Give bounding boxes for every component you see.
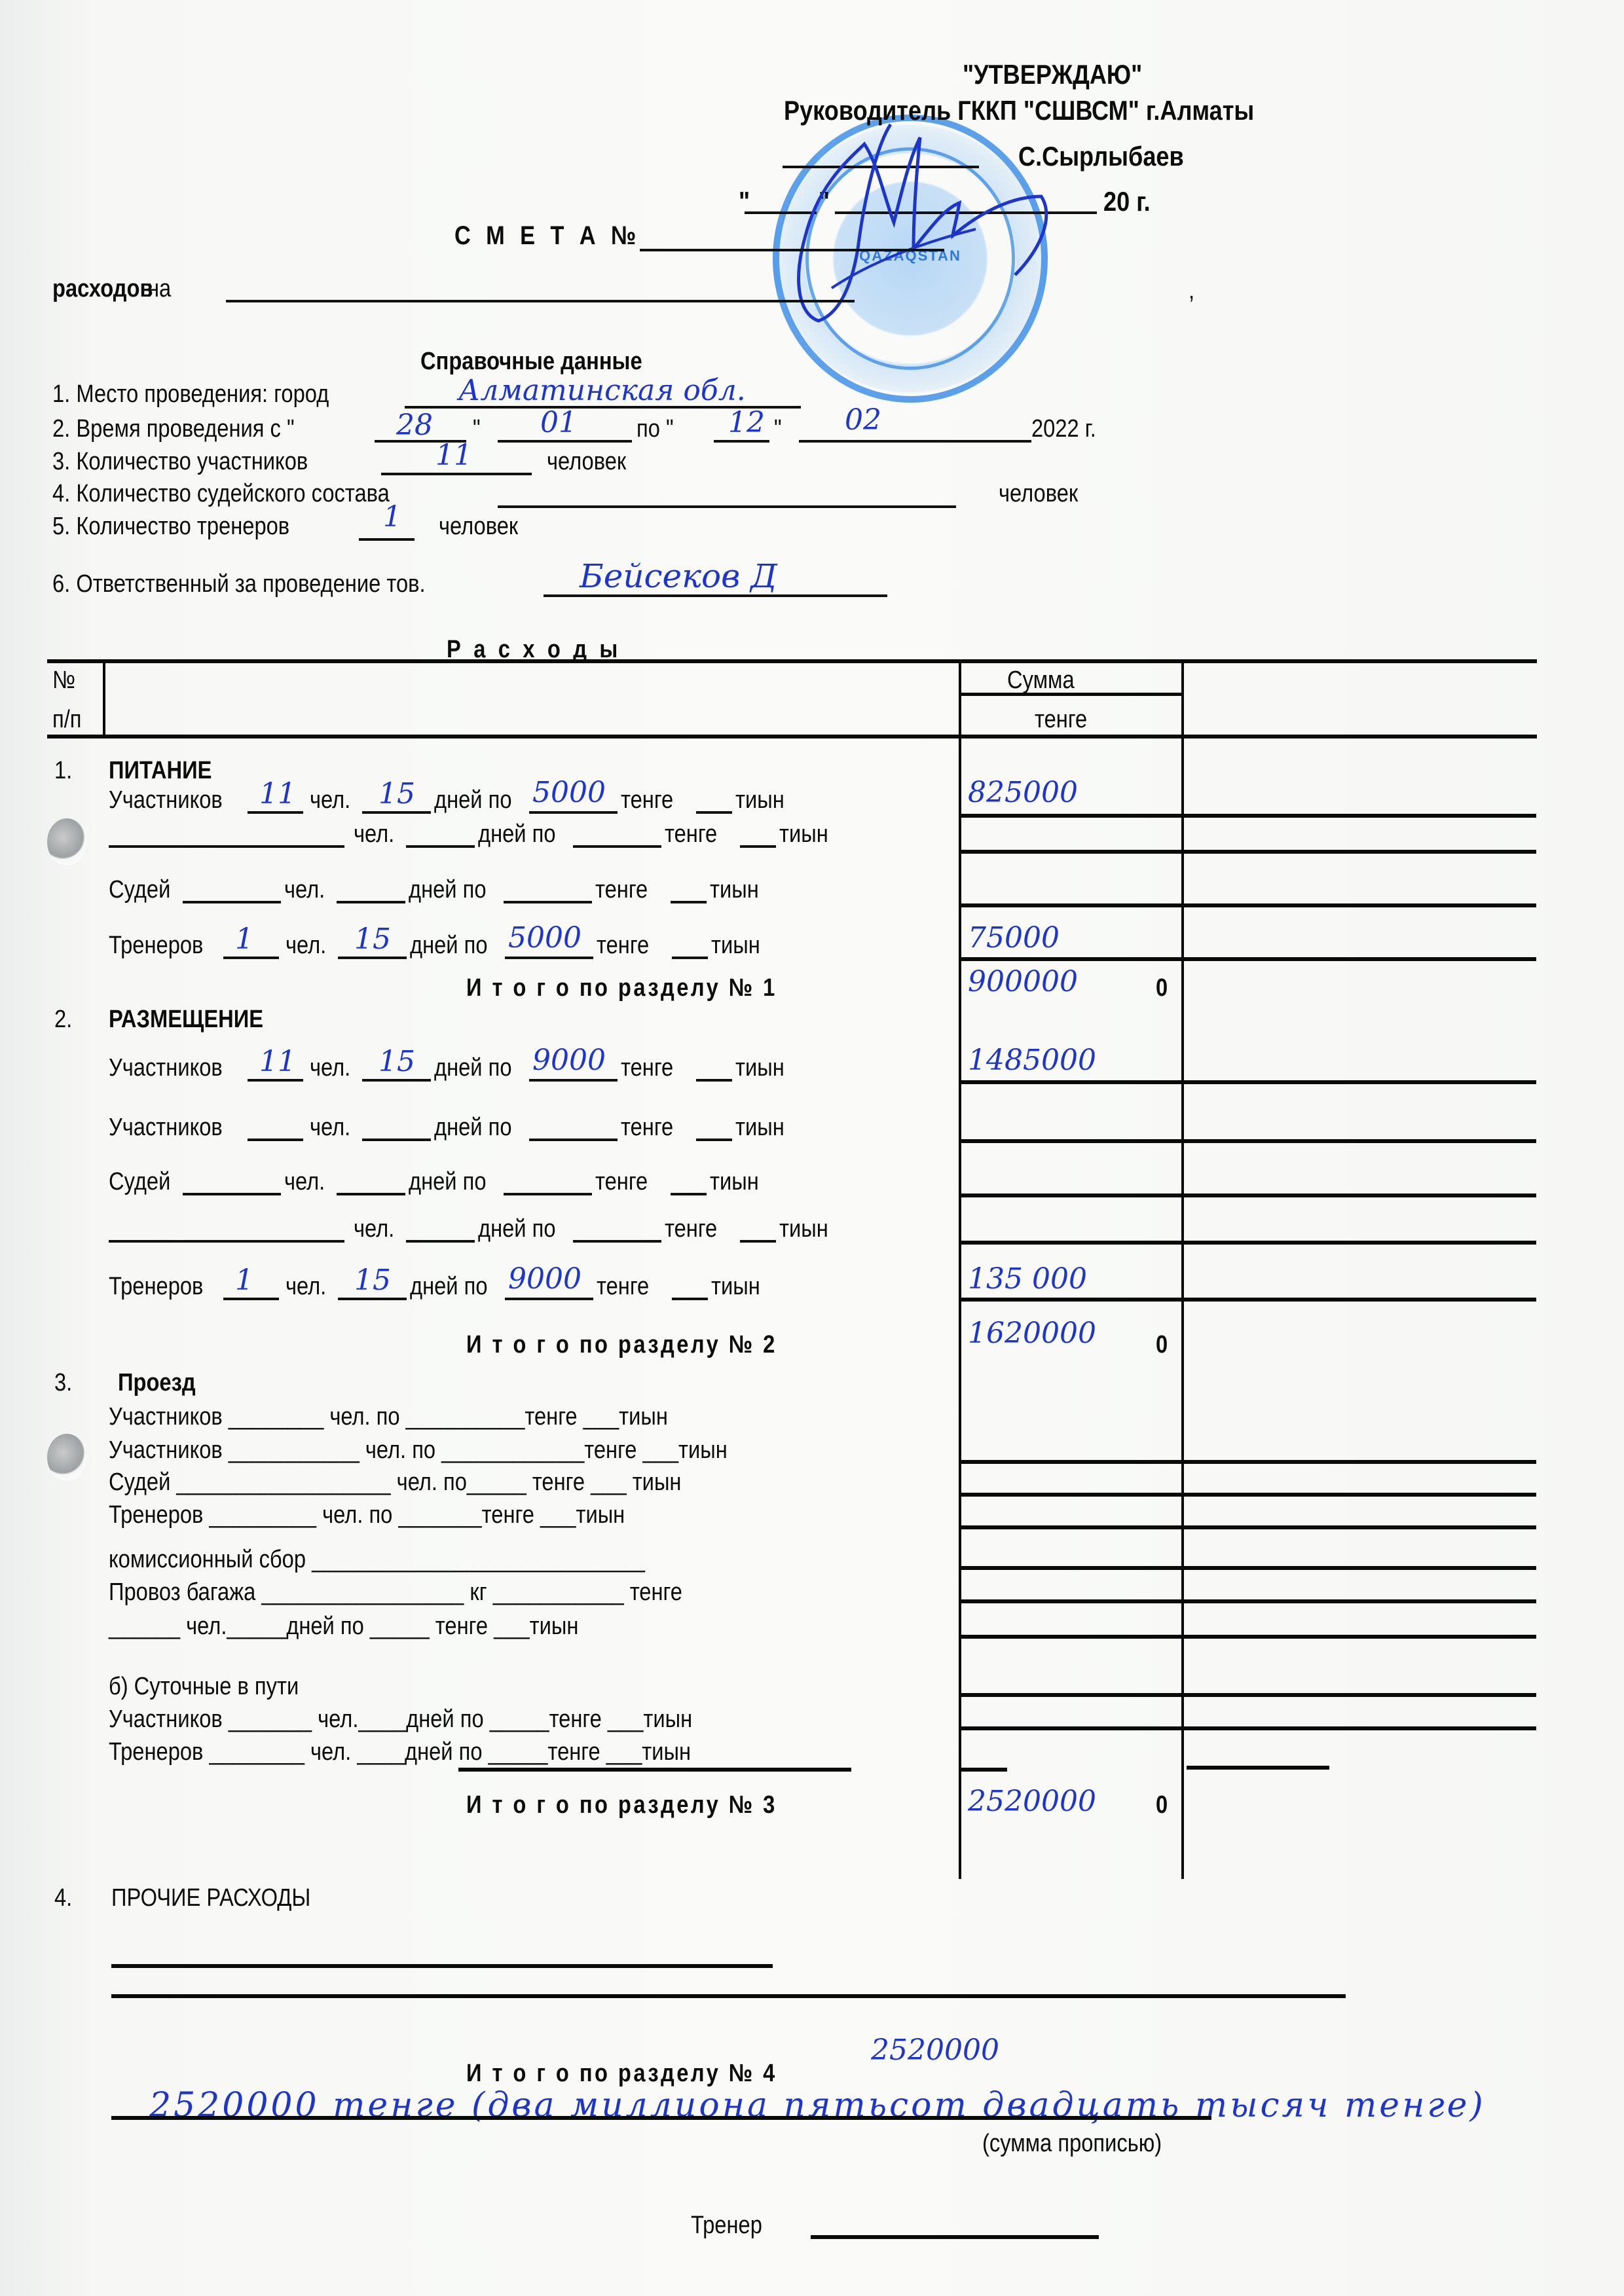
section-2-number: 2. bbox=[54, 1007, 72, 1032]
section-2-row-5-rate-line bbox=[505, 1298, 593, 1300]
expenses-for-line bbox=[226, 300, 855, 302]
section-2-row-2-label: Участников bbox=[109, 1115, 223, 1140]
section-3-title: Проезд bbox=[118, 1370, 196, 1395]
section-3-sum-overline bbox=[961, 1768, 1007, 1772]
section-3-line-7: ______ чел._____дней по _____ тенге ___т… bbox=[109, 1614, 578, 1639]
section-2-row-2-tiyn-line bbox=[696, 1139, 732, 1141]
section-1-row-3-rate-line bbox=[504, 901, 592, 903]
section-1-row-4-rate-line bbox=[505, 957, 593, 959]
section-1-total-label: И т о г о по разделу № 1 bbox=[466, 975, 777, 1000]
section-2-row-1-days-line bbox=[362, 1079, 431, 1082]
judges-line bbox=[498, 505, 956, 508]
section-2-row-4-rule bbox=[960, 1241, 1536, 1245]
section-2-total-label: И т о г о по разделу № 2 bbox=[466, 1332, 777, 1357]
section-1-row-4-count-line bbox=[223, 957, 279, 959]
section-2-row-2-chel: чел. bbox=[310, 1115, 350, 1140]
responsible-label: 6. Ответственный за проведение тов. bbox=[52, 572, 426, 596]
section-3-rule-3 bbox=[960, 1525, 1536, 1529]
section-2-row-5-label: Тренеров bbox=[109, 1274, 203, 1299]
section-2-row-2-days-po: дней по bbox=[434, 1115, 512, 1140]
section-2-title: РАЗМЕЩЕНИЕ bbox=[109, 1007, 263, 1032]
section-2-row-4-tiyn: тиын bbox=[779, 1216, 828, 1241]
section-1-row-3-count-line bbox=[183, 901, 281, 903]
section-1-total-sum: 900000 bbox=[968, 968, 1078, 996]
time-from-month-line bbox=[498, 440, 632, 443]
approval-date-year: 20 г. bbox=[1103, 188, 1151, 215]
section-2-row-5-tenge: тенге bbox=[597, 1274, 649, 1299]
expenses-for-label-bold: расходов bbox=[52, 276, 153, 301]
section-2-row-5-tiyn-line bbox=[672, 1298, 708, 1300]
section-3-rule-6 bbox=[960, 1635, 1536, 1639]
col-header-sum: Сумма bbox=[1007, 668, 1075, 693]
section-2-row-3-tiyn: тиын bbox=[710, 1169, 759, 1194]
section-2-row-1-label: Участников bbox=[109, 1055, 223, 1080]
section-1-row-1-days: 15 bbox=[378, 780, 415, 809]
section-4-number: 4. bbox=[54, 1886, 72, 1910]
section-3-total-overline bbox=[458, 1768, 851, 1772]
section-2-row-4-chel: чел. bbox=[354, 1216, 394, 1241]
section-1-title: ПИТАНИЕ bbox=[109, 758, 212, 783]
judges-unit: человек bbox=[999, 481, 1078, 506]
time-to-quote: " bbox=[774, 416, 782, 441]
section-2-row-1-days: 15 bbox=[378, 1048, 415, 1076]
section-2-row-2-rule bbox=[960, 1139, 1536, 1143]
section-1-row-1-tiyn: тиын bbox=[735, 788, 784, 812]
section-1-row-1-rule bbox=[960, 814, 1536, 818]
section-3-line-1: Участников ________ чел. по __________те… bbox=[109, 1404, 668, 1429]
section-2-row-2-count-line bbox=[248, 1139, 303, 1141]
section-2-row-1-tiyn-line bbox=[696, 1079, 732, 1082]
table-col-no-divider bbox=[103, 661, 105, 737]
section-2-row-3-chel: чел. bbox=[284, 1169, 325, 1194]
section-2-row-1-tiyn: тиын bbox=[735, 1055, 784, 1080]
section-3-right-overline bbox=[1187, 1766, 1329, 1770]
section-1-row-3-days-line bbox=[337, 901, 405, 903]
section-1-row-1-days-line bbox=[362, 811, 431, 814]
section-1-row-2-rate-line bbox=[573, 845, 661, 848]
section-1-row-3-days-po: дней по bbox=[409, 877, 487, 902]
section-3-line-2: Участников ___________ чел. по _________… bbox=[109, 1438, 728, 1463]
header-sum-divider bbox=[959, 693, 1182, 696]
section-1-row-4-days: 15 bbox=[354, 925, 391, 954]
section-1-row-2-rule bbox=[960, 850, 1536, 854]
section-1-total-tiyn: 0 bbox=[1156, 975, 1168, 1000]
section-1-row-2-tenge: тенге bbox=[665, 822, 717, 847]
time-to-month: 02 bbox=[845, 406, 881, 435]
sum-in-words-caption: (сумма прописью) bbox=[982, 2131, 1162, 2156]
section-1-row-1-tenge: тенге bbox=[621, 788, 673, 812]
section-1-row-3-tiyn-line bbox=[671, 901, 707, 903]
col-header-no: № bbox=[52, 668, 75, 693]
section-1-row-3-chel: чел. bbox=[284, 877, 325, 902]
section-2-row-5-days: 15 bbox=[354, 1266, 391, 1295]
section-2-row-3-days-po: дней по bbox=[409, 1169, 487, 1194]
section-2-row-2-tiyn: тиын bbox=[735, 1115, 784, 1140]
section-2-row-3-rule bbox=[960, 1194, 1536, 1197]
section-1-row-1-label: Участников bbox=[109, 788, 223, 812]
table-header-bottom-border bbox=[47, 735, 1537, 738]
section-3-rule-7 bbox=[960, 1693, 1536, 1697]
section-1-row-1-days-po: дней по bbox=[434, 788, 512, 812]
section-2-row-3-count-line bbox=[183, 1193, 281, 1195]
reference-title: Справочные данные bbox=[420, 349, 642, 374]
section-1-row-2-days-po: дней по bbox=[478, 822, 556, 847]
section-3-line-9: Участников _______ чел.____дней по _____… bbox=[109, 1707, 692, 1732]
section-2-row-5-sum: 135 000 bbox=[968, 1265, 1087, 1294]
section-3-line-5: комиссионный сбор ______________________… bbox=[109, 1547, 645, 1572]
section-1-row-4-label: Тренеров bbox=[109, 933, 203, 958]
section-1-row-3-label: Судей bbox=[109, 877, 170, 902]
time-label: 2. Время проведения с " bbox=[52, 416, 295, 441]
section-3-total-tiyn: 0 bbox=[1156, 1793, 1168, 1817]
section-2-row-5-days-line bbox=[338, 1298, 407, 1300]
section-2-row-5-days-po: дней по bbox=[410, 1274, 488, 1299]
section-1-row-3-tenge: тенге bbox=[595, 877, 648, 902]
section-2-row-5-rate: 9000 bbox=[508, 1265, 581, 1294]
section-2-row-4-rate-line bbox=[573, 1240, 661, 1243]
section-2-row-1-count: 11 bbox=[259, 1048, 296, 1076]
coach-label: Тренер bbox=[691, 2213, 762, 2238]
section-2-row-2-rate-line bbox=[529, 1139, 618, 1141]
coaches-value: 1 bbox=[383, 503, 401, 532]
section-1-row-4-tenge: тенге bbox=[597, 933, 649, 958]
section-3-rule-1 bbox=[960, 1460, 1536, 1464]
smeta-document-page: QAZAQSTAN "УТВЕРЖДАЮ" Руководитель ГККП … bbox=[0, 0, 1624, 2296]
section-1-row-4-tiyn-line bbox=[672, 957, 708, 959]
section-1-row-4-count: 1 bbox=[235, 925, 253, 954]
section-1-row-1-rate-line bbox=[529, 811, 618, 814]
binding-hole-bottom bbox=[47, 1434, 86, 1481]
section-2-row-5-rule bbox=[960, 1298, 1536, 1302]
coaches-unit: человек bbox=[439, 514, 518, 539]
section-3-rule-4 bbox=[960, 1566, 1536, 1570]
section-3-line-4: Тренеров _________ чел. по _______тенге … bbox=[109, 1503, 625, 1527]
smeta-title: С М Е Т А № bbox=[454, 223, 640, 249]
section-1-row-1-rate: 5000 bbox=[532, 778, 606, 807]
section-2-row-3-tiyn-line bbox=[671, 1193, 707, 1195]
section-4-total-label: И т о г о по разделу № 4 bbox=[466, 2061, 777, 2086]
section-1-row-3-rule bbox=[960, 903, 1536, 907]
time-quote: " bbox=[473, 416, 481, 441]
responsible-value: Бейсеков Д bbox=[580, 560, 777, 592]
section-2-row-3-tenge: тенге bbox=[595, 1169, 648, 1194]
section-1-row-2-tiyn-line bbox=[740, 845, 776, 848]
section-1-row-4-days-po: дней по bbox=[410, 933, 488, 958]
section-2-row-4-days-line bbox=[406, 1240, 475, 1243]
section-3-total-label: И т о г о по разделу № 3 bbox=[466, 1793, 777, 1817]
section-3-rule-2 bbox=[960, 1493, 1536, 1497]
participants-value: 11 bbox=[435, 441, 472, 470]
section-4-title: ПРОЧИЕ РАСХОДЫ bbox=[111, 1886, 310, 1910]
section-1-row-1-count-line bbox=[248, 811, 303, 814]
section-1-row-4-days-line bbox=[338, 957, 407, 959]
section-2-row-1-tenge: тенге bbox=[621, 1055, 673, 1080]
section-3-rule-8 bbox=[960, 1726, 1536, 1730]
section-2-row-5-count-line bbox=[223, 1298, 279, 1300]
time-to-day-line bbox=[714, 440, 769, 443]
section-2-row-1-rate: 9000 bbox=[532, 1046, 606, 1075]
section-1-row-2-name-blank bbox=[109, 845, 344, 848]
section-1-row-2-tiyn: тиын bbox=[779, 822, 828, 847]
table-top-border bbox=[47, 659, 1537, 663]
section-2-row-1-rate-line bbox=[529, 1079, 618, 1082]
section-4-line-2 bbox=[111, 1994, 1346, 1998]
section-2-row-5-tiyn: тиын bbox=[711, 1274, 760, 1299]
section-1-number: 1. bbox=[54, 758, 72, 783]
section-2-row-4-tenge: тенге bbox=[665, 1216, 717, 1241]
participants-label: 3. Количество участников bbox=[52, 449, 308, 474]
section-2-total-sum: 1620000 bbox=[968, 1319, 1096, 1348]
section-2-row-4-days-po: дней по bbox=[478, 1216, 556, 1241]
section-2-row-1-sum: 1485000 bbox=[968, 1046, 1096, 1075]
section-2-row-4-name-blank bbox=[109, 1240, 344, 1243]
section-1-row-1-sum: 825000 bbox=[968, 778, 1078, 807]
section-2-row-1-count-line bbox=[248, 1079, 303, 1082]
judges-label: 4. Количество судейского состава bbox=[52, 481, 390, 506]
section-3-line-3: Судей __________________ чел. по_____ те… bbox=[109, 1470, 681, 1495]
section-1-row-4-tiyn: тиын bbox=[711, 933, 760, 958]
section-1-row-1-count: 11 bbox=[259, 780, 296, 809]
section-2-row-3-days-line bbox=[337, 1193, 405, 1195]
place-label: 1. Место проведения: город bbox=[52, 382, 329, 407]
coaches-label: 5. Количество тренеров bbox=[52, 514, 289, 539]
sum-in-words-line bbox=[111, 2116, 1211, 2120]
section-2-row-4-tiyn-line bbox=[740, 1240, 776, 1243]
participants-unit: человек bbox=[547, 449, 626, 474]
binding-hole-top bbox=[47, 818, 86, 866]
section-4-line-1 bbox=[111, 1964, 773, 1968]
place-value: Алматинская обл. bbox=[458, 376, 746, 405]
section-2-row-3-rate-line bbox=[504, 1193, 592, 1195]
section-1-row-1-tiyn-line bbox=[696, 811, 732, 814]
section-1-row-2-days-line bbox=[406, 845, 475, 848]
col-header-tenge: тенге bbox=[1035, 707, 1087, 732]
time-to-label: по " bbox=[637, 416, 674, 441]
section-3-total-sum: 2520000 bbox=[968, 1787, 1096, 1816]
section-1-row-4-chel: чел. bbox=[286, 933, 326, 958]
participants-line bbox=[381, 473, 532, 475]
section-2-row-1-days-po: дней по bbox=[434, 1055, 512, 1080]
expenses-for-label: на bbox=[147, 276, 171, 301]
section-2-total-tiyn: 0 bbox=[1156, 1332, 1168, 1357]
approval-title: "УТВЕРЖДАЮ" bbox=[963, 61, 1142, 88]
section-1-row-4-rate: 5000 bbox=[508, 924, 581, 953]
time-to-day: 12 bbox=[728, 409, 765, 437]
section-2-row-2-tenge: тенге bbox=[621, 1115, 673, 1140]
section-3-line-10: Тренеров ________ чел. ____дней по _____… bbox=[109, 1740, 691, 1764]
col-header-no-2: п/п bbox=[52, 707, 81, 732]
coaches-line bbox=[359, 538, 415, 541]
section-1-row-2-chel: чел. bbox=[354, 822, 394, 847]
section-3-line-8: б) Суточные в пути bbox=[109, 1674, 299, 1699]
time-to-month-line bbox=[799, 440, 1031, 443]
section-3-number: 3. bbox=[54, 1370, 72, 1395]
section-3-rule-5 bbox=[960, 1599, 1536, 1603]
section-2-row-5-count: 1 bbox=[235, 1266, 253, 1295]
section-1-row-3-tiyn: тиын bbox=[710, 877, 759, 902]
section-2-row-3-label: Судей bbox=[109, 1169, 170, 1194]
smeta-number-line bbox=[640, 249, 944, 251]
section-2-row-2-days-line bbox=[362, 1139, 431, 1141]
section-1-row-1-chel: чел. bbox=[310, 788, 350, 812]
coach-signature-line bbox=[811, 2235, 1099, 2239]
expenses-for-comma: , bbox=[1189, 278, 1194, 303]
expenses-title: Р а с х о д ы bbox=[447, 637, 621, 662]
section-4-total-sum: 2520000 bbox=[871, 2036, 999, 2065]
section-3-line-6: Провоз багажа _________________ кг _____… bbox=[109, 1580, 682, 1605]
section-2-row-1-rule bbox=[960, 1080, 1536, 1084]
time-year: 2022 г. bbox=[1031, 416, 1096, 441]
section-1-row-4-rule bbox=[960, 957, 1536, 961]
section-1-row-4-sum: 75000 bbox=[968, 924, 1060, 953]
time-from-month: 01 bbox=[540, 409, 577, 437]
section-2-row-1-chel: чел. bbox=[310, 1055, 350, 1080]
time-from-day: 28 bbox=[396, 411, 433, 440]
section-2-row-5-chel: чел. bbox=[286, 1274, 326, 1299]
